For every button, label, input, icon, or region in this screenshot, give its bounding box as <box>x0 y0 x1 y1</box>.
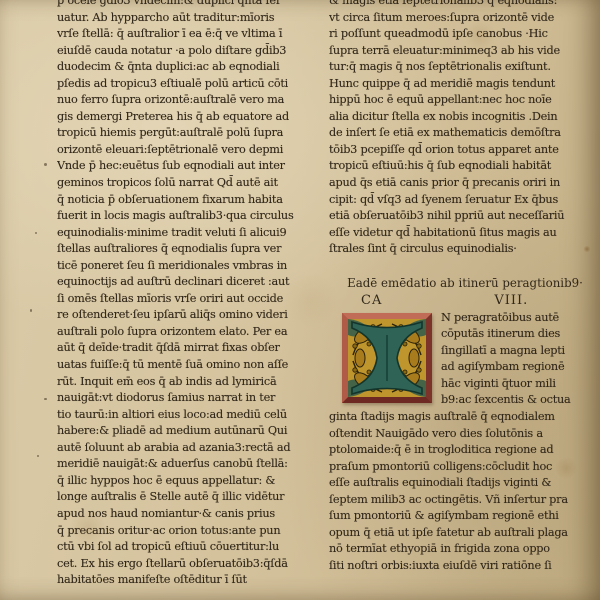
text-line: eſſe videtur qd̄ habitationū ſitus magis… <box>329 225 587 242</box>
text-line: ri poſſunt queadmodū ipſe canobus ·Hic <box>329 26 587 43</box>
text-line: oſtendit Nauigādo vero dies ſolutōnis a <box>329 426 587 443</box>
text-line: cet. Ex his ergo ſtellarū obſeruatōib3:q… <box>57 556 309 573</box>
text-line: tropicū eſtiuū:his q̄ ſub eqnodiali habi… <box>329 158 587 175</box>
text-line: eſſe auſtralis equinodiali ſtadijs vigin… <box>329 475 587 492</box>
text-line: alia dicitur ſtella ex nobis incognitis … <box>329 109 587 126</box>
text-line: apud q̄s etiā canis prior q̄ precanis or… <box>329 175 587 192</box>
text-line: habitatōes manifeſte oſtēditur ī ſūt <box>57 572 309 589</box>
left-text-column: p ocele gd̄lo3 vndecim:& duplici q̄nta ſ… <box>57 0 309 589</box>
text-line: habere:& pliadē ad medium autūnarū Qui <box>57 423 309 440</box>
text-line: uatur. Ab hypparcho aūt traditur:mīoris <box>57 10 309 27</box>
text-line: cipit: qd̄ vſq3 ad ſyenem ſeruatur Ex q̄… <box>329 192 587 209</box>
text-line: ſeptem milib3 ac octingētis. Vñ inſertur… <box>329 492 587 509</box>
ink-speck <box>37 455 39 457</box>
text-line: pſedis ad tropicu3 eſtiualē polū articū … <box>57 76 309 93</box>
text-line: ſtrales ſint q̄ circulus equinodialis· <box>329 241 587 258</box>
text-line: tropicū hiemis pergūt:auſtralē polū ſupr… <box>57 125 309 142</box>
text-line: ſiti noſtri orbis:iuxta eiuſdē viri rati… <box>329 558 587 575</box>
text-line: ſum pmontoriū & agiſymbam regionē ethi <box>329 508 587 525</box>
text-line: opum q̄ etiā ut ipſe fatetur ab auſtrali… <box>329 525 587 542</box>
text-line: de inſert ſe etiā ex mathematicis demōſt… <box>329 125 587 142</box>
text-line: ginta ſtadijs magis auſtralē q̄ eqnodial… <box>329 409 587 426</box>
text-line: q̄ precanis oritur·ac orion totus:ante p… <box>57 523 309 540</box>
text-line: autē ſoluunt ab arabia ad azania3:rectā … <box>57 440 309 457</box>
text-line: ticē poneret ſeu ſi meridionales vmbras … <box>57 258 309 275</box>
text-line: aūt q̄ deīde·tradit q̄ſdā mirrat fixas o… <box>57 340 309 357</box>
text-line: p ocele gd̄lo3 vndecim:& duplici q̄nta ſ… <box>57 0 309 10</box>
book-page-scan: p ocele gd̄lo3 vndecim:& duplici q̄nta ſ… <box>0 0 600 600</box>
text-line: & magis etiā ſeptētrionalib3 q̄ eqnodial… <box>329 0 587 10</box>
text-line: tōib3 pcepiſſe qd̄ orion totus apparet a… <box>329 142 587 159</box>
text-line: apud nos haud nomiantur·& canis prius <box>57 506 309 523</box>
right-column-upper-text: & magis etiā ſeptētrionalib3 q̄ eqnodial… <box>329 0 587 258</box>
chapter-body: I <box>329 310 587 575</box>
text-line: ctū vbi ſol ad tropicū eſtiuū cōuertitur… <box>57 539 309 556</box>
text-line: hippū hoc ē equū appellant:nec hoc noīe <box>329 92 587 109</box>
text-line: ſingillatī a magna lepti <box>441 343 587 360</box>
ink-speck <box>30 309 32 312</box>
text-line: tio taurū:in altiori eius loco:ad mediū … <box>57 407 309 424</box>
chapter-number: VIII. <box>494 292 528 310</box>
text-line: tur:q̄ magis q̄ nos ſeptētrionalis exiſt… <box>329 59 587 76</box>
text-line: hāc viginti q̄tuor mili <box>441 376 587 393</box>
text-line: nō termīat ethyopiā in frigida zona oppo <box>329 541 587 558</box>
section-heading: Eadē emēdatio ab itinerū peragtionib9· <box>329 275 587 292</box>
chapter-row: CA VIII. <box>329 292 587 310</box>
text-line: q̄ illic hyppos hoc ē equus appellatur: … <box>57 473 309 490</box>
text-line: q̄ noticia p̄ obſeruationem fixarum habi… <box>57 192 309 209</box>
text-line: nauigāt:vt diodorus ſamius narrat in ter <box>57 390 309 407</box>
text-line: re oſtenderet·ſeu ipſarū aliq̄s omino vi… <box>57 307 309 324</box>
text-line: meridiē nauigāt:& aduerſus canobū ſtellā… <box>57 456 309 473</box>
text-line: auſtrali polo ſupra orizontem elato. Per… <box>57 324 309 341</box>
text-line: gis demergi Preterea his q̄ ab equatore … <box>57 109 309 126</box>
text-line: Hunc quippe q̄ ad meridiē magis tendunt <box>329 76 587 93</box>
text-line: ſupra terrā eleuatur:minimeq3 ab his vid… <box>329 43 587 60</box>
ink-speck <box>44 398 47 400</box>
right-text-column: & magis etiā ſeptētrionalib3 q̄ eqnodial… <box>329 0 587 575</box>
text-line: etiā obſeruatōib3 nihil ppriū aut neceſſ… <box>329 208 587 225</box>
text-line: praſum pmontoriū colligens:cōcludit hoc <box>329 459 587 476</box>
text-line: ſtellas auſtraliores q̄ eqnodialis ſupra… <box>57 241 309 258</box>
text-line: longe auſtralis ē Stelle autē q̄ illic v… <box>57 489 309 506</box>
text-line: vt circa ſitum meroes:ſupra orizontē vid… <box>329 10 587 27</box>
text-line: equinodialis·minime tradit veluti ſi ali… <box>57 225 309 242</box>
text-line: vrſe ſtellā: q̄ auſtralior ī ea ē:q̄ ve … <box>57 26 309 43</box>
chapter-label: CA <box>361 292 382 310</box>
text-line: fuerit in locis magis auſtralib3·qua cir… <box>57 208 309 225</box>
text-line: duodecim & q̄nta duplici:ac ab eqnodiali <box>57 59 309 76</box>
ink-speck <box>44 163 47 166</box>
illuminated-initial: I <box>342 313 432 403</box>
text-line: nuo ferro ſupra orizontē:auſtralē vero m… <box>57 92 309 109</box>
text-line: cōputās itinerum dies <box>441 326 587 343</box>
text-line: b9:ac ſexcentis & octua <box>441 392 587 409</box>
text-line: ſi omēs ſtellas mīoris vrſe oriri aut oc… <box>57 291 309 308</box>
ink-speck <box>35 232 37 234</box>
text-line: ad agiſymbam regionē <box>441 359 587 376</box>
text-line: rūt. Inquit em̄ eos q̄ ab indis ad lymir… <box>57 374 309 391</box>
text-line: equinoctijs ad auſtrū declinari diceret … <box>57 274 309 291</box>
illuminated-initial-art <box>342 313 432 403</box>
text-line: ptolomaide:q̄ ē in trogloditica regione … <box>329 442 587 459</box>
text-line: N peragratōibus autē <box>441 310 587 327</box>
text-line: eiuſdē cauda notatur ·a polo diſtare gd̄… <box>57 43 309 60</box>
text-line: uatas fuiſſe:q̄ tū mentē ſuā omino non a… <box>57 357 309 374</box>
text-line: geminos tropicos ſolū narrat Qd̄ autē ai… <box>57 175 309 192</box>
text-line: orizontē eleuari:ſeptētrionalē vero depm… <box>57 142 309 159</box>
text-line: Vnde p̄ hec:euētus ſub eqnodiali aut int… <box>57 158 309 175</box>
